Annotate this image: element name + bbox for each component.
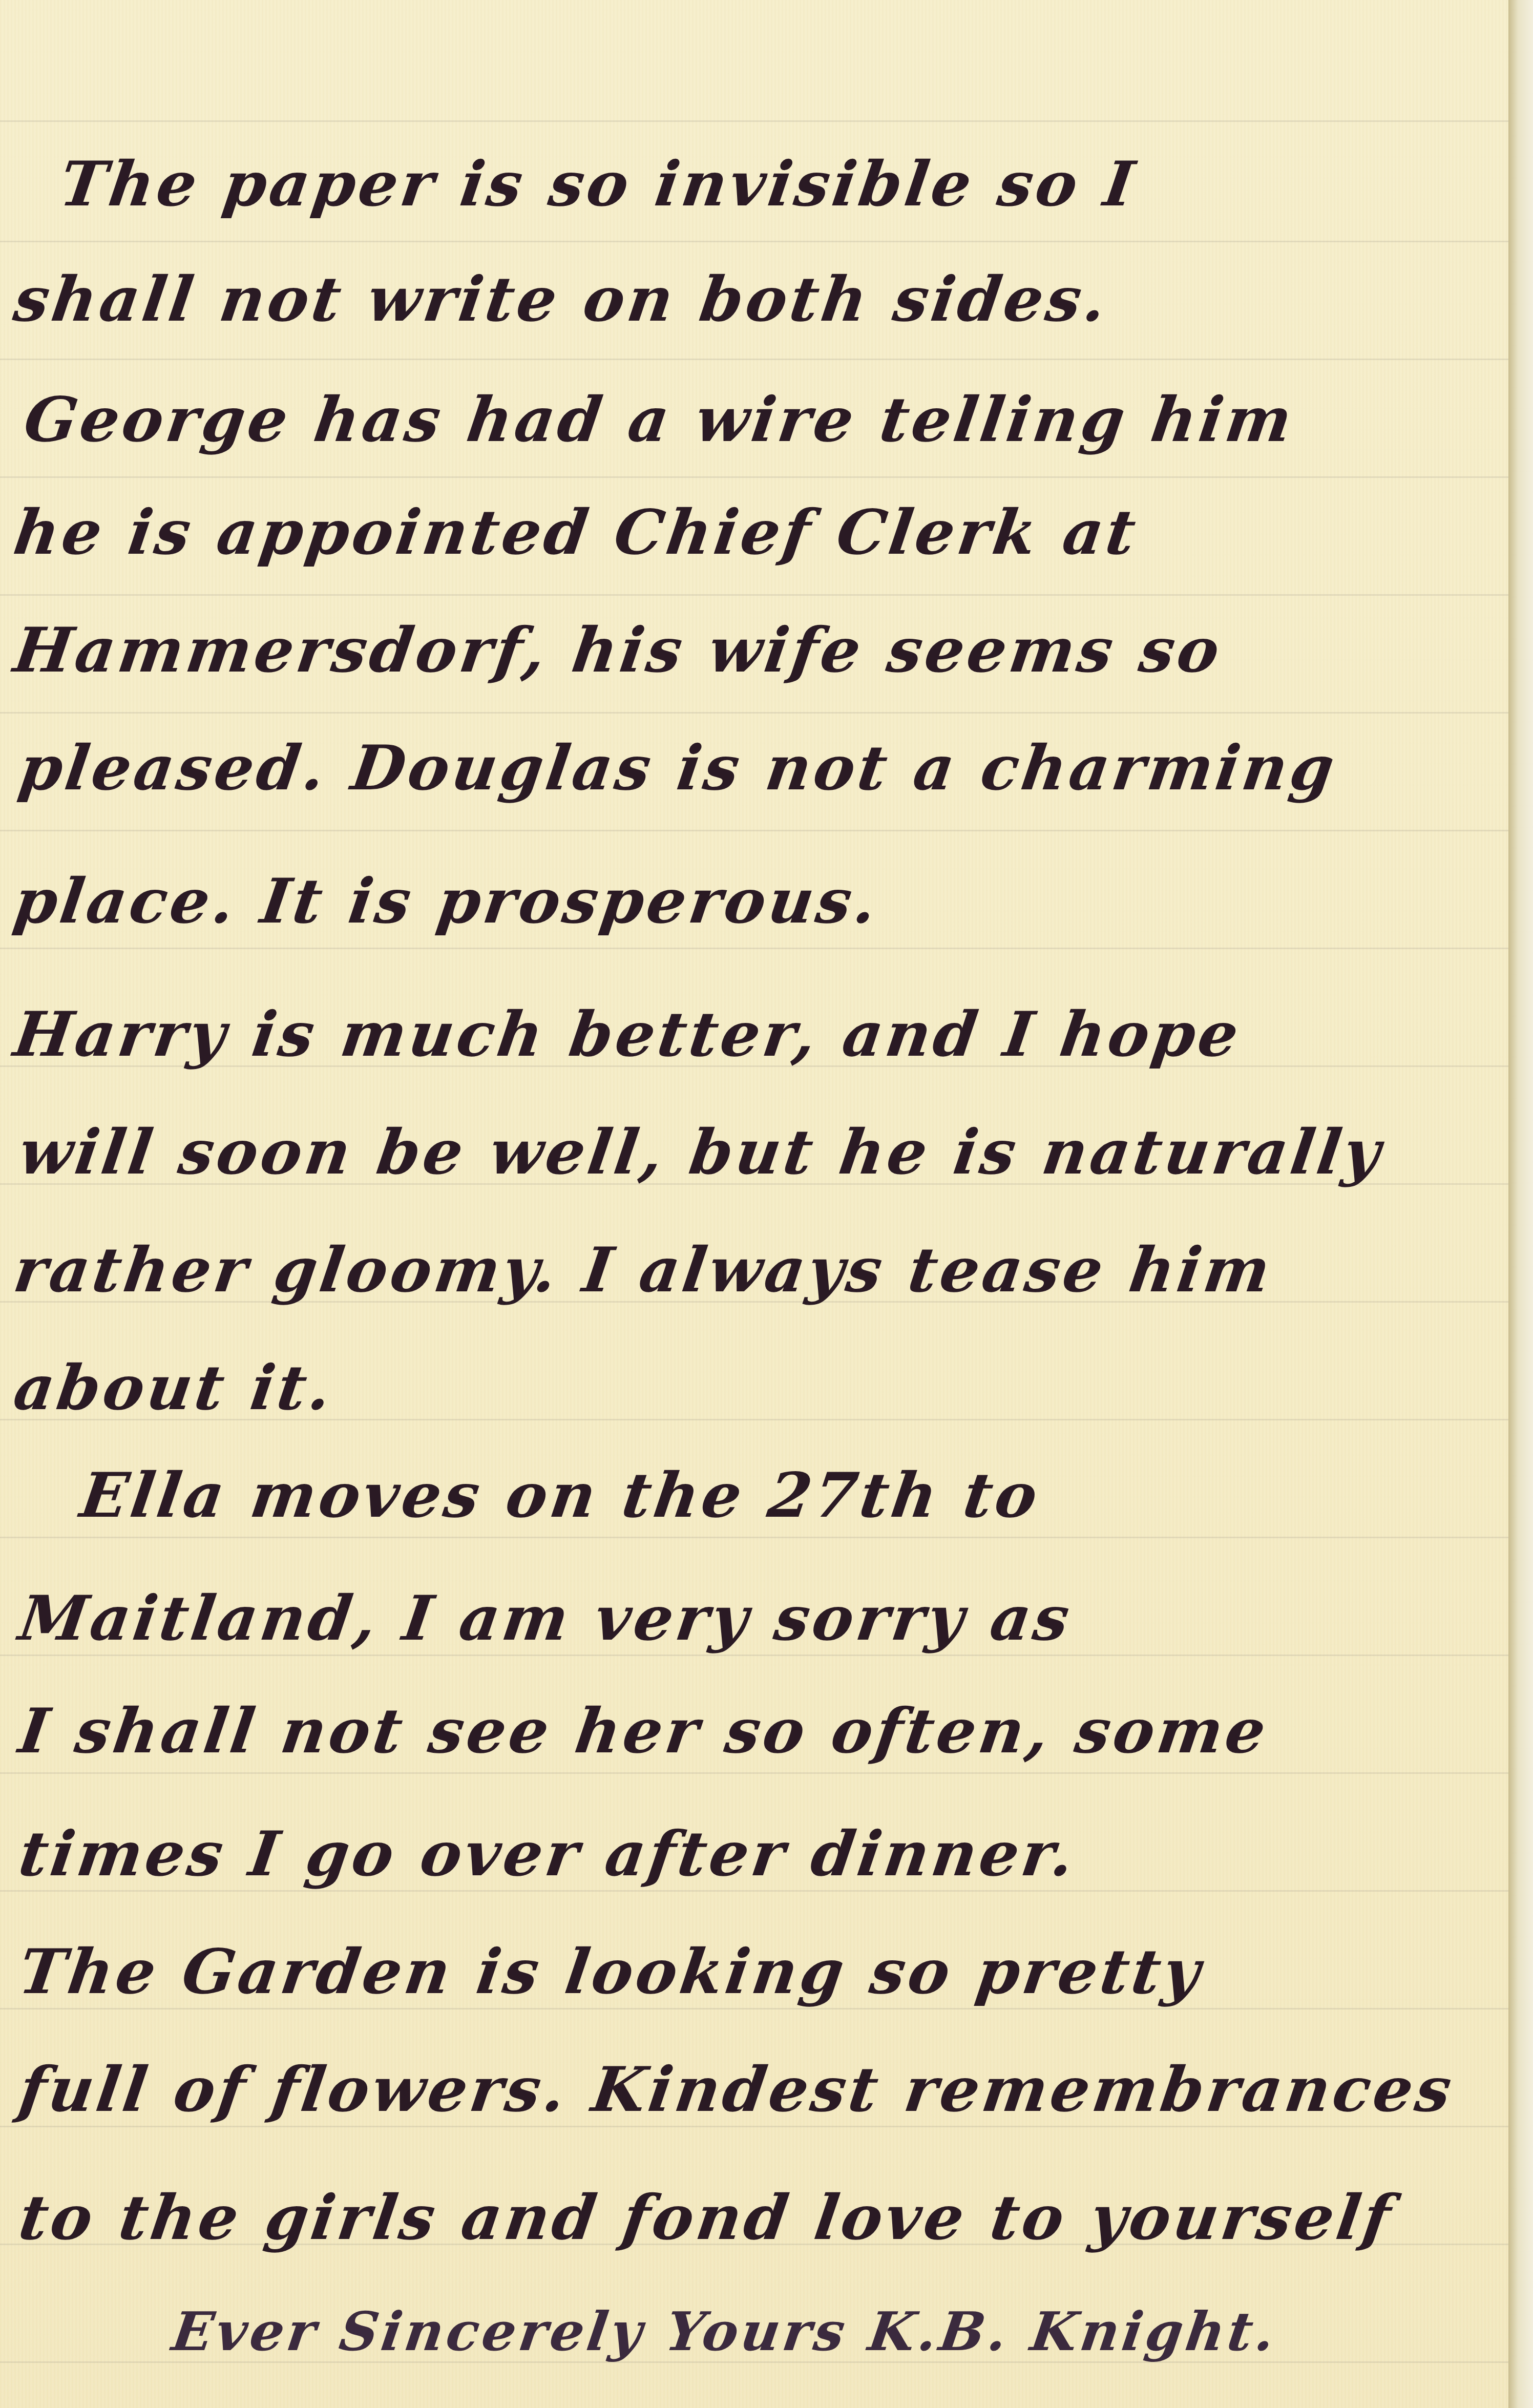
ruled-line (0, 948, 1508, 949)
ruled-line (0, 1537, 1508, 1538)
letter-line: George has had a wire telling him (20, 389, 1298, 451)
ruled-line (0, 241, 1508, 242)
ruled-line (0, 1890, 1508, 1892)
letter-line: I shall not see her so often, some (15, 1701, 1272, 1762)
ruled-line (0, 1772, 1508, 1774)
ruled-line (0, 2126, 1508, 2127)
ruled-line (0, 1655, 1508, 1656)
letter-line: times I go over after dinner. (15, 1824, 1081, 1885)
ruled-line (0, 476, 1508, 478)
letter-line: Hammersdorf, his wife seems so (10, 620, 1226, 681)
letter-line: Maitland, I am very sorry as (15, 1588, 1076, 1649)
ruled-line (0, 830, 1508, 831)
letter-line: shall not write on both sides. (10, 269, 1113, 330)
ruled-line (0, 120, 1508, 122)
ruled-line (0, 2008, 1508, 2009)
letter-page: The paper is so invisible so I shall not… (0, 0, 1508, 2408)
letter-line: will soon be well, but he is naturally (15, 1122, 1387, 1183)
letter-line: full of flowers. Kindest remembrances (15, 2059, 1458, 2121)
letter-line: he is appointed Chief Clerk at (10, 502, 1142, 563)
ruled-line (0, 359, 1508, 360)
ruled-line (0, 594, 1508, 596)
letter-signoff: Ever Sincerely Yours K.B. Knight. (169, 2305, 1281, 2358)
letter-line: about it. (10, 1357, 338, 1419)
letter-line: The paper is so invisible so I (56, 154, 1141, 215)
letter-line: The Garden is looking so pretty (15, 1941, 1207, 2003)
letter-line: rather gloomy. I always tease him (10, 1240, 1276, 1301)
letter-line: Ella moves on the 27th to (77, 1465, 1044, 1526)
letter-line: to the girls and fond love to yourself (15, 2187, 1397, 2249)
letter-line: pleased. Douglas is not a charming (15, 738, 1341, 799)
letter-line: place. It is prosperous. (10, 871, 883, 932)
paper-edge (1508, 0, 1533, 2408)
ruled-line (0, 712, 1508, 714)
letter-line: Harry is much better, and I hope (10, 1004, 1245, 1065)
